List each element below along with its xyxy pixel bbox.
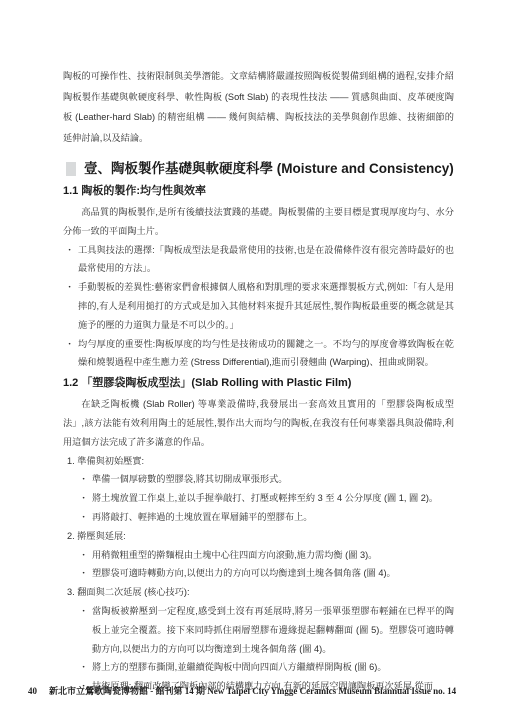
list-item-text: 再將敲打、輕摔過的土塊放置在單層鋪平的塑膠布上。 xyxy=(92,508,454,527)
bullet-icon: ・ xyxy=(65,278,78,334)
list-item-text: 將土塊放置工作桌上,並以手握拳敲打、打壓或輕摔至約 3 至 4 公分厚度 (圖 … xyxy=(92,489,454,508)
list-item-text: 手動製板的差異性:藝術家們會根據個人風格和對肌理的要求來選擇製板方式,例如:「有… xyxy=(78,278,454,334)
bullet-icon: ・ xyxy=(79,658,92,677)
page-body: 陶板的可操作性、技術限制與美學潛能。文章結構將嚴謹按照陶板從製備到組構的過程,安… xyxy=(63,66,454,696)
list-item-text: 將上方的塑膠布撕開,並繼續從陶板中間向四面八方繼續桿開陶板 (圖 6)。 xyxy=(92,658,454,677)
list-item: ・ 將土塊放置工作桌上,並以手握拳敲打、打壓或輕摔至約 3 至 4 公分厚度 (… xyxy=(79,489,454,508)
bullet-icon: ・ xyxy=(65,335,78,373)
list-item: ・ 準備一個厚磅數的塑膠袋,將其切開成單張形式。 xyxy=(79,470,454,489)
list-item: ・ 再將敲打、輕摔過的土塊放置在單層鋪平的塑膠布上。 xyxy=(79,508,454,527)
list-item-text: 當陶板被擀壓到一定程度,感受到土沒有再延展時,將另一張單張塑膠布輕鋪在已桿平的陶… xyxy=(92,602,454,658)
list-item: ・ 當陶板被擀壓到一定程度,感受到土沒有再延展時,將另一張單張塑膠布輕鋪在已桿平… xyxy=(79,602,454,658)
paragraph: 高品質的陶板製作,是所有後續技法實踐的基礎。陶板製備的主要目標是實現厚度均勻、水… xyxy=(63,203,454,241)
section-heading-text: 壹、陶板製作基礎與軟硬度科學 (Moisture and Consistency… xyxy=(84,160,454,178)
numbered-step-2: 2. 擀壓與延展: ・ 用稍微粗重型的擀麵棍由土塊中心往四面方向滾動,施力需均衡… xyxy=(63,527,454,583)
step-label: 3. 翻面與二次延展 (核心技巧): xyxy=(67,583,454,602)
subsection-heading-1-2: 1.2 「塑膠袋陶板成型法」(Slab Rolling with Plastic… xyxy=(63,376,454,391)
list-item: ・ 均勻厚度的重要性:陶板厚度的均勻性是技術成功的關鍵之一。不均勻的厚度會導致陶… xyxy=(65,335,454,373)
step-label: 1. 準備與初始壓實: xyxy=(67,452,454,471)
subsection-heading-1-1: 1.1 陶板的製作:均勻性與效率 xyxy=(63,184,454,199)
paragraph: 在缺乏陶板機 (Slab Roller) 等專業設備時,我發展出一套高效且實用的… xyxy=(63,395,454,451)
numbered-step-1: 1. 準備與初始壓實: ・ 準備一個厚磅數的塑膠袋,將其切開成單張形式。 ・ 將… xyxy=(63,452,454,527)
list-item: ・ 用稍微粗重型的擀麵棍由土塊中心往四面方向滾動,施力需均衡 (圖 3)。 xyxy=(79,546,454,565)
list-item: ・ 塑膠袋可適時轉動方向,以便出力的方向可以均衡達到土塊各個角落 (圖 4)。 xyxy=(79,564,454,583)
step-label: 2. 擀壓與延展: xyxy=(67,527,454,546)
section-heading: 壹、陶板製作基礎與軟硬度科學 (Moisture and Consistency… xyxy=(66,160,454,178)
bullet-icon: ・ xyxy=(79,508,92,527)
list-item: ・ 手動製板的差異性:藝術家們會根據個人風格和對肌理的要求來選擇製板方式,例如:… xyxy=(65,278,454,334)
list-item-text: 準備一個厚磅數的塑膠袋,將其切開成單張形式。 xyxy=(92,470,454,489)
bullet-icon: ・ xyxy=(65,241,78,279)
bullet-icon: ・ xyxy=(79,489,92,508)
bullet-icon: ・ xyxy=(79,564,92,583)
bullet-icon: ・ xyxy=(79,602,92,658)
heading-marker-icon xyxy=(66,162,76,176)
list-item-text: 塑膠袋可適時轉動方向,以便出力的方向可以均衡達到土塊各個角落 (圖 4)。 xyxy=(92,564,454,583)
list-item-text: 用稍微粗重型的擀麵棍由土塊中心往四面方向滾動,施力需均衡 (圖 3)。 xyxy=(92,546,454,565)
list-item: ・ 工具與技法的選擇:「陶板成型法是我最常使用的技術,也是在設備條件沒有很完善時… xyxy=(65,241,454,279)
list-item: ・ 將上方的塑膠布撕開,並繼續從陶板中間向四面八方繼續桿開陶板 (圖 6)。 xyxy=(79,658,454,677)
page-footer: 40新北市立鶯歌陶瓷博物館 - 館刊第 14 期 New Taipei City… xyxy=(28,684,456,697)
footer-page-number: 40 xyxy=(28,686,37,696)
bullet-icon: ・ xyxy=(79,546,92,565)
list-item-text: 工具與技法的選擇:「陶板成型法是我最常使用的技術,也是在設備條件沒有很完善時最好… xyxy=(78,241,454,279)
intro-paragraph: 陶板的可操作性、技術限制與美學潛能。文章結構將嚴謹按照陶板從製備到組構的過程,安… xyxy=(63,66,454,148)
bullet-icon: ・ xyxy=(79,470,92,489)
footer-text: 新北市立鶯歌陶瓷博物館 - 館刊第 14 期 New Taipei City Y… xyxy=(49,686,456,696)
numbered-step-3: 3. 翻面與二次延展 (核心技巧): ・ 當陶板被擀壓到一定程度,感受到土沒有再… xyxy=(63,583,454,696)
list-item-text: 均勻厚度的重要性:陶板厚度的均勻性是技術成功的關鍵之一。不均勻的厚度會導致陶板在… xyxy=(78,335,454,373)
